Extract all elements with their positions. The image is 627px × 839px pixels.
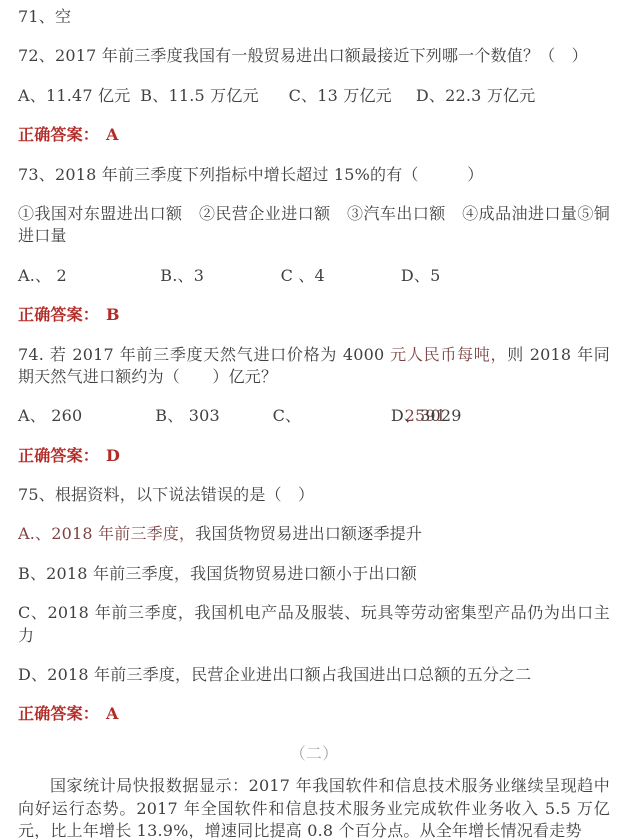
answer-label: 正确答案： xyxy=(18,446,99,465)
q72-option-a: A、11.47 亿元 xyxy=(18,85,135,107)
question-75-stem: 75、根据资料，以下说法错误的是（ ） xyxy=(18,484,610,506)
q75-option-a-highlight: A.、2018 年前三季度， xyxy=(18,524,195,543)
question-73-stem: 73、2018 年前三季度下列指标中增长超过 15%的有（ ） xyxy=(18,164,610,186)
q74-option-a: A、 260 xyxy=(18,405,150,427)
question-73-items: ①我国对东盟进出口额 ②民营企业进口额 ③汽车出口额 ④成品油进口量⑤铜进口量 xyxy=(18,203,610,248)
q72-option-b: B、11.5 万亿元 xyxy=(140,85,283,107)
q74-stem-highlight: 元人民币每吨， xyxy=(390,345,507,364)
question-71: 71、空 xyxy=(18,6,610,28)
question-75-answer-line: 正确答案：A xyxy=(18,703,610,725)
exam-document-page: 71、空 72、2017 年前三季度我国有一般贸易进出口额最接近下列哪一个数值？… xyxy=(0,0,627,839)
q74-option-d: D、3029 xyxy=(391,405,462,427)
q73-option-c: C 、4 xyxy=(281,265,396,287)
question-72-options: A、11.47 亿元 B、11.5 万亿元 C、13 万亿元 D、22.3 万亿… xyxy=(18,85,610,107)
material-paragraph: 国家统计局快报数据显示：2017 年我国软件和信息技术服务业继续呈现趋中向好运行… xyxy=(18,775,610,839)
answer-value: A xyxy=(106,704,119,723)
answer-label: 正确答案： xyxy=(18,125,99,144)
q75-option-a-rest: 我国货物贸易进出口额逐季提升 xyxy=(195,524,422,543)
answer-label: 正确答案： xyxy=(18,704,99,723)
q74-option-c-prefix: C、 xyxy=(273,405,405,427)
section-divider: （二） xyxy=(18,743,610,765)
question-72-answer-line: 正确答案：A xyxy=(18,124,610,146)
q75-option-c: C、2018 年前三季度，我国机电产品及服装、玩具等劳动密集型产品仍为出口主力 xyxy=(18,602,610,647)
answer-value: D xyxy=(106,446,120,465)
q74-option-c: C、 2591 xyxy=(273,405,386,427)
answer-value: A xyxy=(106,125,119,144)
answer-value: B xyxy=(106,305,120,324)
question-73-answer-line: 正确答案：B xyxy=(18,304,610,326)
question-73-options: A.、 2 B.、3 C 、4 D、5 xyxy=(18,265,610,287)
question-74-stem: 74. 若 2017 年前三季度天然气进口价格为 4000 元人民币每吨，则 2… xyxy=(18,344,610,389)
q73-option-a: A.、 2 xyxy=(18,265,155,287)
q74-stem-part1: 74. 若 2017 年前三季度天然气进口价格为 4000 xyxy=(18,345,390,364)
q74-option-b: B、 303 xyxy=(155,405,267,427)
q75-option-d: D、2018 年前三季度，民营企业进出口额占我国进出口总额的五分之二 xyxy=(18,664,610,686)
q75-option-a: A.、2018 年前三季度，我国货物贸易进出口额逐季提升 xyxy=(18,523,610,545)
answer-label: 正确答案： xyxy=(18,305,99,324)
q72-option-d: D、22.3 万亿元 xyxy=(416,85,536,107)
question-74-options: A、 260 B、 303 C、 2591 D、3029 xyxy=(18,405,610,427)
q72-option-c: C、13 万亿元 xyxy=(289,85,411,107)
q75-option-b: B、2018 年前三季度，我国货物贸易进口额小于出口额 xyxy=(18,563,610,585)
question-72-stem: 72、2017 年前三季度我国有一般贸易进出口额最接近下列哪一个数值？（ ） xyxy=(18,45,610,67)
q73-option-b: B.、3 xyxy=(160,265,275,287)
q73-option-d: D、5 xyxy=(401,265,441,287)
question-74-answer-line: 正确答案：D xyxy=(18,445,610,467)
